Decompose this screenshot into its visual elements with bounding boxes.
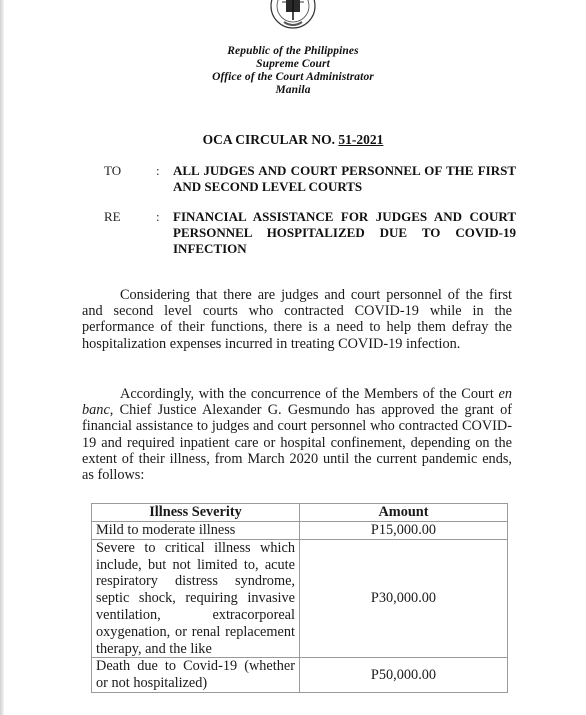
letterhead-republic: Republic of the Philippines (0, 45, 586, 58)
circular-number: 51-2021 (338, 132, 383, 147)
table-header-row: Illness Severity Amount (92, 504, 508, 522)
body-paragraph-2: Accordingly, with the concurrence of the… (82, 386, 512, 483)
severity-cell: Severe to critical illness which include… (92, 539, 300, 658)
assistance-table: Illness Severity Amount Mild to moderate… (91, 503, 508, 693)
amount-cell: P15,000.00 (300, 522, 508, 540)
memo-to-label: TO (104, 163, 144, 179)
amount-cell: P30,000.00 (300, 539, 508, 658)
page-edge (0, 0, 4, 715)
memo-to-value: ALL JUDGES AND COURT PERSONNEL OF THE FI… (173, 163, 516, 195)
body-paragraph-2-end: , Chief Justice Alexander G. Gesmundo ha… (82, 402, 512, 483)
supreme-court-seal-icon (268, 0, 318, 36)
circular-title: OCA CIRCULAR NO. 51-2021 (0, 132, 586, 148)
memo-re-colon: : (156, 209, 160, 225)
table-row: Death due to Covid-19 (whether or not ho… (92, 658, 508, 693)
table-row: Mild to moderate illness P15,000.00 (92, 522, 508, 540)
amount-cell: P50,000.00 (300, 658, 508, 693)
letterhead-court: Supreme Court (0, 58, 586, 71)
table-row: Severe to critical illness which include… (92, 539, 508, 658)
letterhead-city: Manila (0, 84, 586, 97)
header-amount: Amount (300, 504, 508, 522)
letterhead-office: Office of the Court Administrator (0, 71, 586, 84)
body-paragraph-2-start: Accordingly, with the concurrence of the… (120, 386, 499, 402)
circular-prefix: OCA CIRCULAR NO. (203, 132, 339, 147)
memo-to-colon: : (156, 163, 160, 179)
header-illness-severity: Illness Severity (92, 504, 300, 522)
severity-cell: Mild to moderate illness (92, 522, 300, 540)
severity-cell: Death due to Covid-19 (whether or not ho… (92, 658, 300, 693)
memo-re-value: FINANCIAL ASSISTANCE FOR JUDGES AND COUR… (173, 209, 516, 257)
memo-re-label: RE (104, 209, 144, 225)
body-paragraph-1: Considering that there are judges and co… (82, 287, 512, 352)
letterhead: Republic of the Philippines Supreme Cour… (0, 45, 586, 97)
